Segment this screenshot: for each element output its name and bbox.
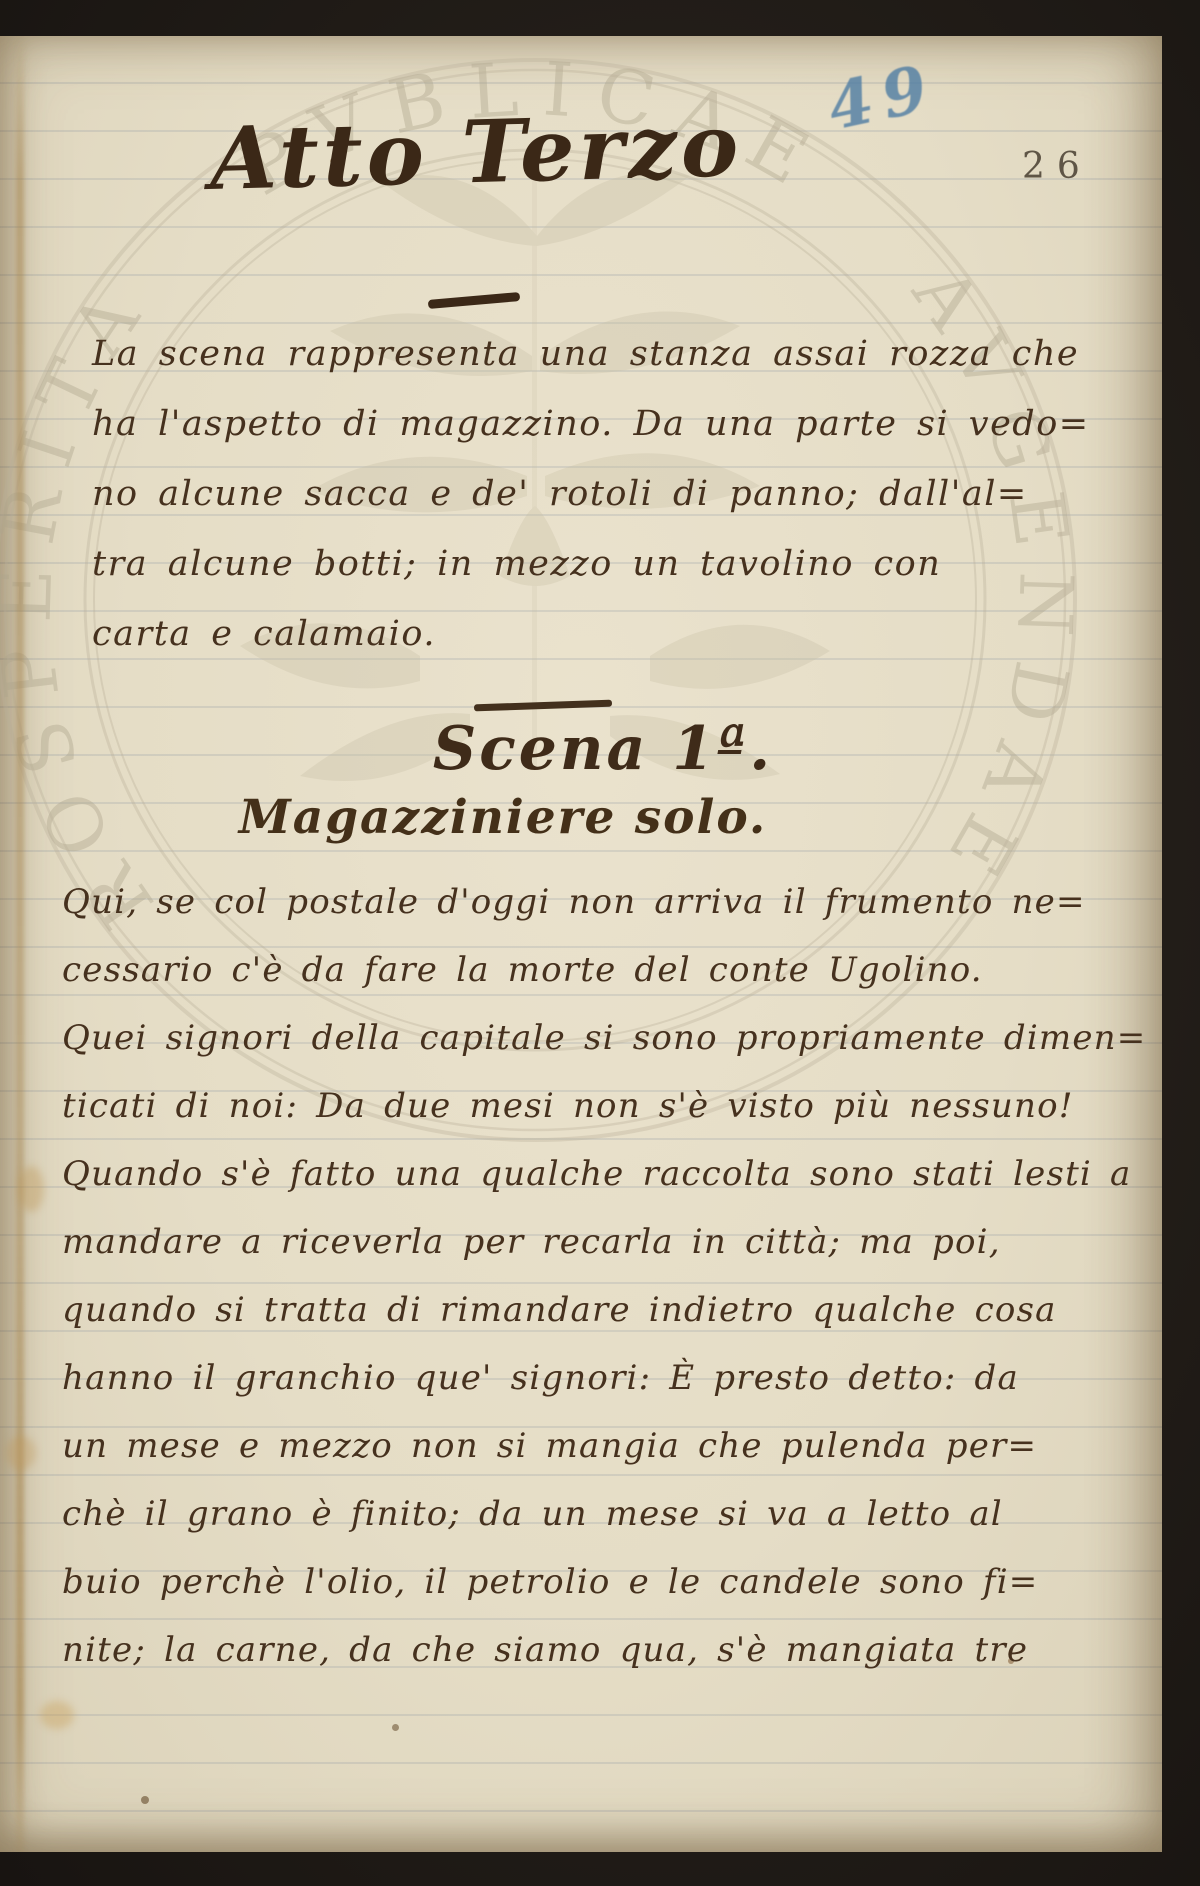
monologue-line: Quei signori della capitale si sono prop… (62, 1018, 1147, 1086)
act-title: Atto Terzo (0, 87, 1058, 218)
stage-direction-line: no alcune sacca e de' rotoli di panno; d… (92, 474, 1132, 544)
monologue-line: cessario c'è da fare la morte del conte … (62, 950, 1147, 1018)
monologue-line: buio perchè l'olio, il petrolio e le can… (62, 1562, 1147, 1630)
monologue-line: Quando s'è fatto una qualche raccolta so… (62, 1154, 1147, 1222)
character-heading: Magazziniere solo. (0, 790, 1084, 845)
scene-separator-dash (474, 700, 612, 712)
stage-direction-line: ha l'aspetto di magazzino. Da una parte … (92, 404, 1132, 474)
paper-speck (392, 1724, 399, 1731)
paper-stain (40, 1701, 74, 1729)
stage-direction-line: tra alcune botti; in mezzo un tavolino c… (92, 544, 1132, 614)
monologue-line: nite; la carne, da che siamo qua, s'è ma… (62, 1630, 1147, 1698)
scanned-manuscript-page: PVBLICAE PROSPERITATI AVGENDAE (0, 0, 1200, 1886)
paper-stain (6, 1436, 36, 1470)
monologue-line: un mese e mezzo non si mangia che pulend… (62, 1426, 1147, 1494)
monologue-line: chè il grano è finito; da un mese si va … (62, 1494, 1147, 1562)
binding-stain (16, 36, 24, 1852)
paper-speck (141, 1796, 149, 1804)
stage-direction-line: La scena rappresenta una stanza assai ro… (92, 334, 1132, 404)
scene-heading: Scena 1ª. (22, 714, 1162, 784)
paper-stain (18, 1166, 44, 1212)
title-underline-flourish (428, 292, 520, 309)
monologue-line: ticati di noi: Da due mesi non s'è visto… (62, 1086, 1147, 1154)
monologue-line: hanno il granchio que' signori: È presto… (62, 1358, 1147, 1426)
stage-direction: La scena rappresenta una stanza assai ro… (92, 334, 1132, 684)
monologue-line: Qui, se col postale d'oggi non arriva il… (62, 882, 1147, 950)
monologue: Qui, se col postale d'oggi non arriva il… (62, 882, 1147, 1698)
stage-direction-line: carta e calamaio. (92, 614, 1132, 684)
monologue-line: quando si tratta di rimandare indietro q… (62, 1290, 1147, 1358)
paper-sheet: PVBLICAE PROSPERITATI AVGENDAE (0, 36, 1162, 1852)
monologue-line: mandare a riceverla per recarla in città… (62, 1222, 1147, 1290)
